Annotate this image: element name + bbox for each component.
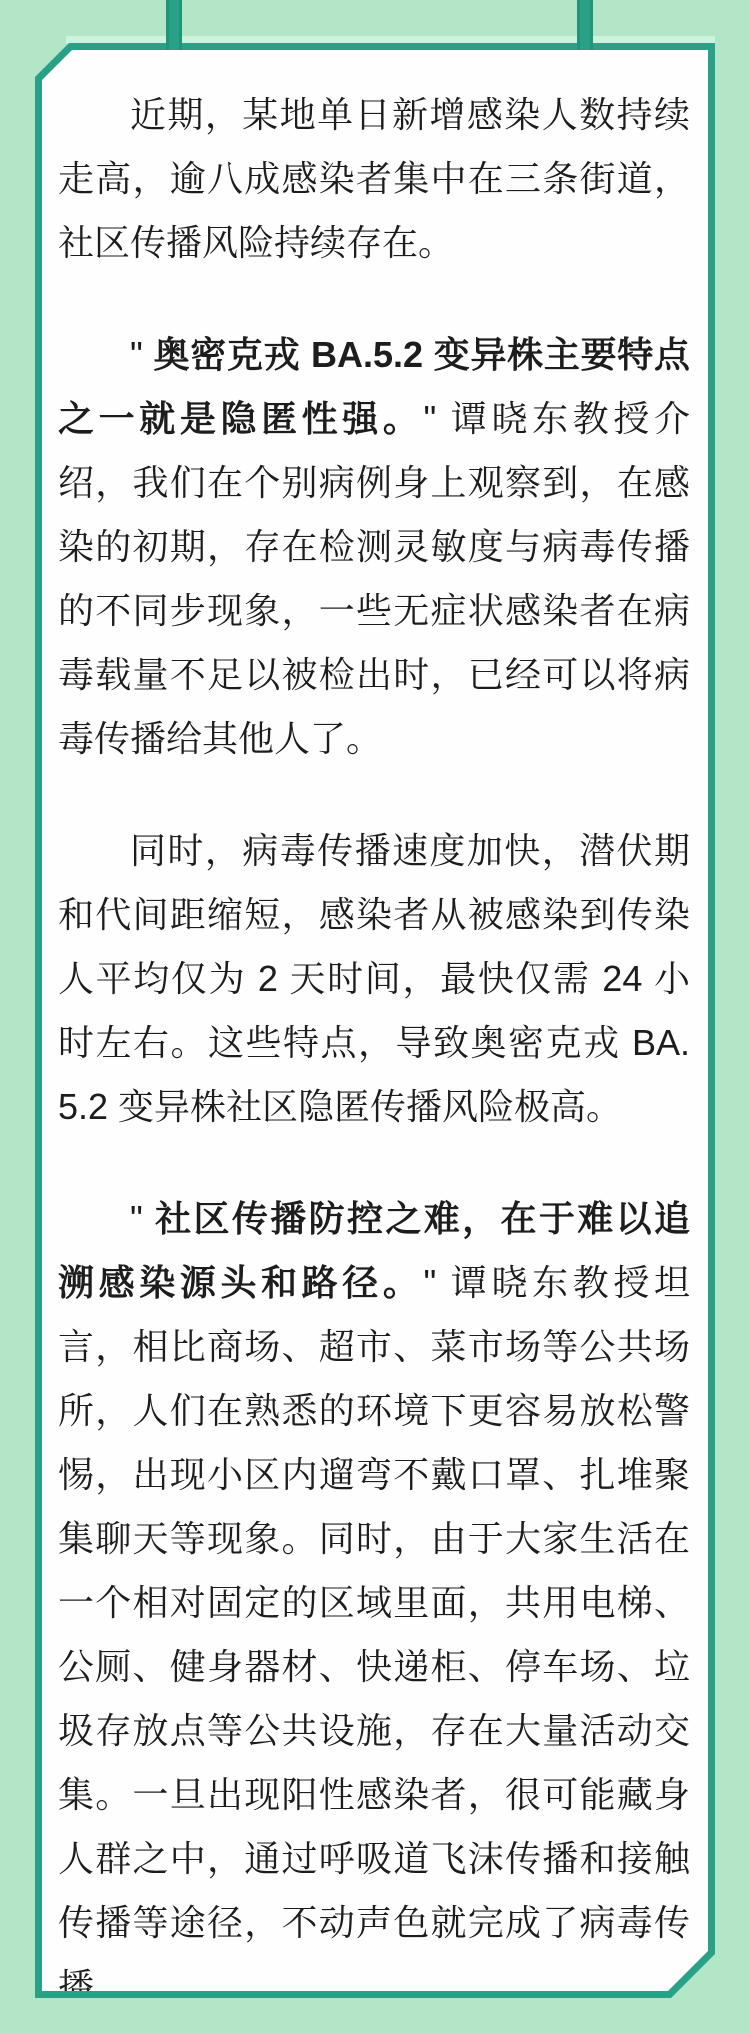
paragraph: 同时，病毒传播速度加快，潜伏期和代间距缩短，感染者从被感染到传染人平均仅为 2 …	[58, 819, 690, 1139]
hanging-strap-right	[577, 0, 593, 50]
body-text: " 谭晓东教授介绍，我们在个别病例身上观察到，在感染的初期，存在检测灵敏度与病毒…	[58, 398, 690, 759]
card-surface: 近期，某地单日新增感染人数持续走高，逾八成感染者集中在三条街道，社区传播风险持续…	[42, 50, 708, 1991]
paragraph: " 奥密克戎 BA.5.2 变异株主要特点之一就是隐匿性强。" 谭晓东教授介绍，…	[58, 323, 690, 771]
paragraph: 近期，某地单日新增感染人数持续走高，逾八成感染者集中在三条街道，社区传播风险持续…	[58, 83, 690, 275]
article-image: 近期，某地单日新增感染人数持续走高，逾八成感染者集中在三条街道，社区传播风险持续…	[0, 0, 750, 2033]
card-top-highlight	[66, 36, 715, 44]
body-text: 近期，某地单日新增感染人数持续走高，逾八成感染者集中在三条街道，社区传播风险持续…	[58, 94, 690, 263]
hanging-strap-left	[166, 0, 182, 50]
content-card: 近期，某地单日新增感染人数持续走高，逾八成感染者集中在三条街道，社区传播风险持续…	[35, 43, 715, 1998]
body-text: "	[130, 1198, 155, 1239]
paragraph: " 社区传播防控之难，在于难以追溯感染源头和路径。" 谭晓东教授坦言，相比商场、…	[58, 1187, 690, 2019]
article-body: 近期，某地单日新增感染人数持续走高，逾八成感染者集中在三条街道，社区传播风险持续…	[58, 83, 690, 2019]
body-text: " 谭晓东教授坦言，相比商场、超市、菜市场等公共场所，人们在熟悉的环境下更容易放…	[58, 1262, 690, 2007]
body-text: 同时，病毒传播速度加快，潜伏期和代间距缩短，感染者从被感染到传染人平均仅为 2 …	[58, 830, 690, 1127]
body-text: "	[130, 334, 154, 375]
